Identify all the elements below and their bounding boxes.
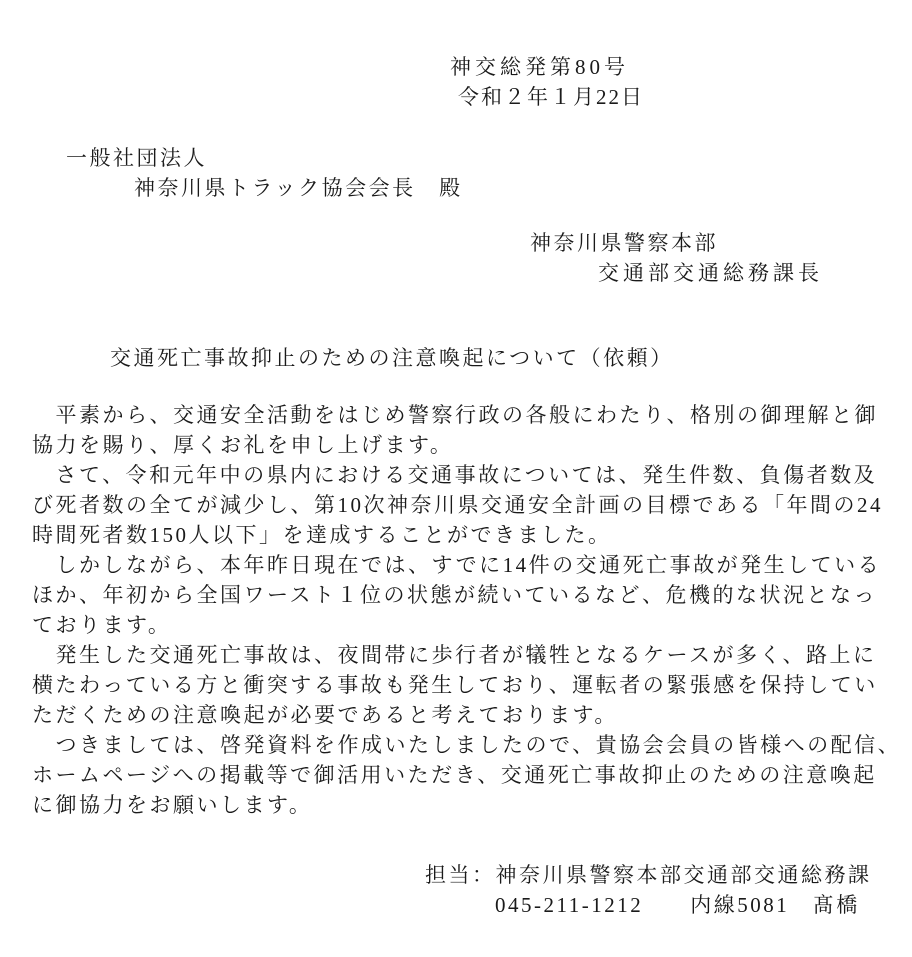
contact-block: 担当：神奈川県警察本部交通部交通総務課 045-211-1212 内線5081 …	[0, 860, 912, 920]
document-body: 平素から、交通安全活動をはじめ警察行政の各般にわたり、格別の御理解と御 協力を賜…	[32, 400, 912, 820]
official-letter-page: 神交総発第80号 令和２年１月22日 一般社団法人 神奈川県トラック協会会長 殿…	[0, 0, 912, 957]
body-paragraph: つきましては、啓発資料を作成いたしましたので、貴協会会員の皆様への配信、 ホーム…	[32, 730, 912, 820]
body-paragraph: 発生した交通死亡事故は、夜間帯に歩行者が犠牲となるケースが多く、路上に 横たわっ…	[32, 640, 912, 730]
sender-organization: 神奈川県警察本部	[530, 228, 912, 258]
contact-phone: 045-211-1212 内線5081 髙橋	[495, 890, 912, 920]
addressee-recipient: 神奈川県トラック協会会長 殿	[134, 173, 912, 203]
addressee-block: 一般社団法人 神奈川県トラック協会会長 殿	[0, 143, 912, 203]
contact-department: 担当：神奈川県警察本部交通部交通総務課	[425, 860, 912, 890]
body-paragraph: しかしながら、本年昨日現在では、すでに14件の交通死亡事故が発生している ほか、…	[32, 550, 912, 640]
sender-block: 神奈川県警察本部 交通部交通総務課長	[0, 228, 912, 288]
document-number: 神交総発第80号	[450, 52, 912, 82]
body-paragraph: 平素から、交通安全活動をはじめ警察行政の各般にわたり、格別の御理解と御 協力を賜…	[32, 400, 912, 460]
document-date: 令和２年１月22日	[458, 82, 912, 112]
body-paragraph: さて、令和元年中の県内における交通事故については、発生件数、負傷者数及 び死者数…	[32, 460, 912, 550]
document-title: 交通死亡事故抑止のための注意喚起について（依頼）	[110, 343, 912, 373]
sender-signer: 交通部交通総務課長	[598, 258, 912, 288]
addressee-organization: 一般社団法人	[66, 143, 912, 173]
